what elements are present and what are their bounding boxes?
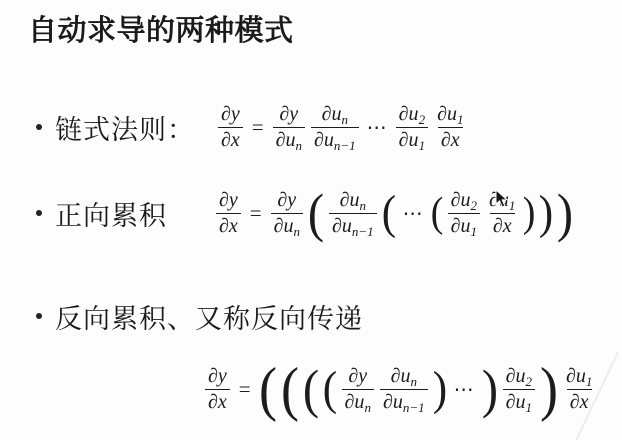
bullet-item-reverse-accumulation: 反向累积、又称反向传递: [36, 297, 363, 335]
math-parenthesis: (: [281, 359, 299, 419]
math-fraction: ∂y∂x: [218, 103, 243, 151]
math-ellipsis: ⋯: [403, 201, 424, 226]
math-parenthesis: (: [381, 189, 395, 237]
math-fraction: ∂un∂un−1: [329, 189, 377, 237]
faint-diagonal-line: [552, 350, 622, 440]
math-parenthesis: ): [539, 189, 553, 237]
math-fraction: ∂un∂un−1: [311, 103, 359, 151]
math-operator: =: [250, 201, 262, 226]
math-fraction: ∂y∂x: [205, 365, 230, 413]
bullet-item-forward-accumulation: 正向累积 ∂y∂x=∂y∂un(∂un∂un−1(⋯(∂u2∂u1∂u1∂x))…: [36, 177, 575, 249]
slide-canvas: 自动求导的两种模式 链式法则： ∂y∂x=∂y∂un∂un∂un−1⋯∂u2∂u…: [0, 0, 622, 440]
math-parenthesis: (: [322, 365, 336, 413]
math-fraction: ∂u2∂u1: [448, 189, 480, 237]
math-fraction: ∂un∂un−1: [380, 365, 428, 413]
math-parenthesis: ): [557, 186, 573, 240]
math-fraction: ∂y∂un: [342, 365, 374, 413]
slide-title: 自动求导的两种模式: [28, 8, 294, 49]
math-parenthesis: (: [302, 362, 318, 416]
math-parenthesis: (: [308, 186, 324, 240]
math-ellipsis: ⋯: [454, 377, 475, 402]
math-parenthesis: ): [481, 362, 497, 416]
formula-chain-rule: ∂y∂x=∂y∂un∂un∂un−1⋯∂u2∂u1∂u1∂x: [215, 103, 469, 151]
math-ellipsis: ⋯: [367, 115, 388, 140]
math-parenthesis: ): [523, 192, 536, 234]
bullet-dot-icon: [36, 210, 42, 216]
math-operator: =: [239, 377, 251, 402]
math-fraction: ∂u2∂u1: [503, 365, 535, 413]
math-fraction: ∂u2∂u1: [396, 103, 428, 151]
math-parenthesis: (: [259, 359, 277, 419]
bullet-label: 正向累积: [55, 194, 167, 233]
bullet-item-chain-rule: 链式法则： ∂y∂x=∂y∂un∂un∂un−1⋯∂u2∂u1∂u1∂x: [36, 90, 469, 164]
formula-reverse-accumulation-row: ∂y∂x=((((∂y∂un∂un∂un−1)⋯)∂u2∂u1)∂u1∂x: [202, 346, 598, 432]
mouse-cursor-icon: [494, 189, 509, 209]
math-parenthesis: ): [432, 365, 446, 413]
bullet-label: 反向累积、又称反向传递: [55, 297, 363, 336]
bullet-label: 链式法则：: [55, 108, 195, 147]
math-fraction: ∂u1∂x: [434, 103, 466, 151]
bullet-dot-icon: [36, 313, 42, 319]
formula-forward-accumulation: ∂y∂x=∂y∂un(∂un∂un−1(⋯(∂u2∂u1∂u1∂x))): [213, 186, 575, 240]
math-fraction: ∂y∂un: [271, 189, 303, 237]
math-fraction: ∂y∂un: [273, 103, 305, 151]
math-parenthesis: (: [430, 192, 443, 234]
math-fraction: ∂y∂x: [216, 189, 241, 237]
bullet-dot-icon: [36, 124, 42, 130]
formula-reverse-accumulation: ∂y∂x=((((∂y∂un∂un∂un−1)⋯)∂u2∂u1)∂u1∂x: [202, 359, 598, 419]
math-operator: =: [252, 115, 264, 140]
